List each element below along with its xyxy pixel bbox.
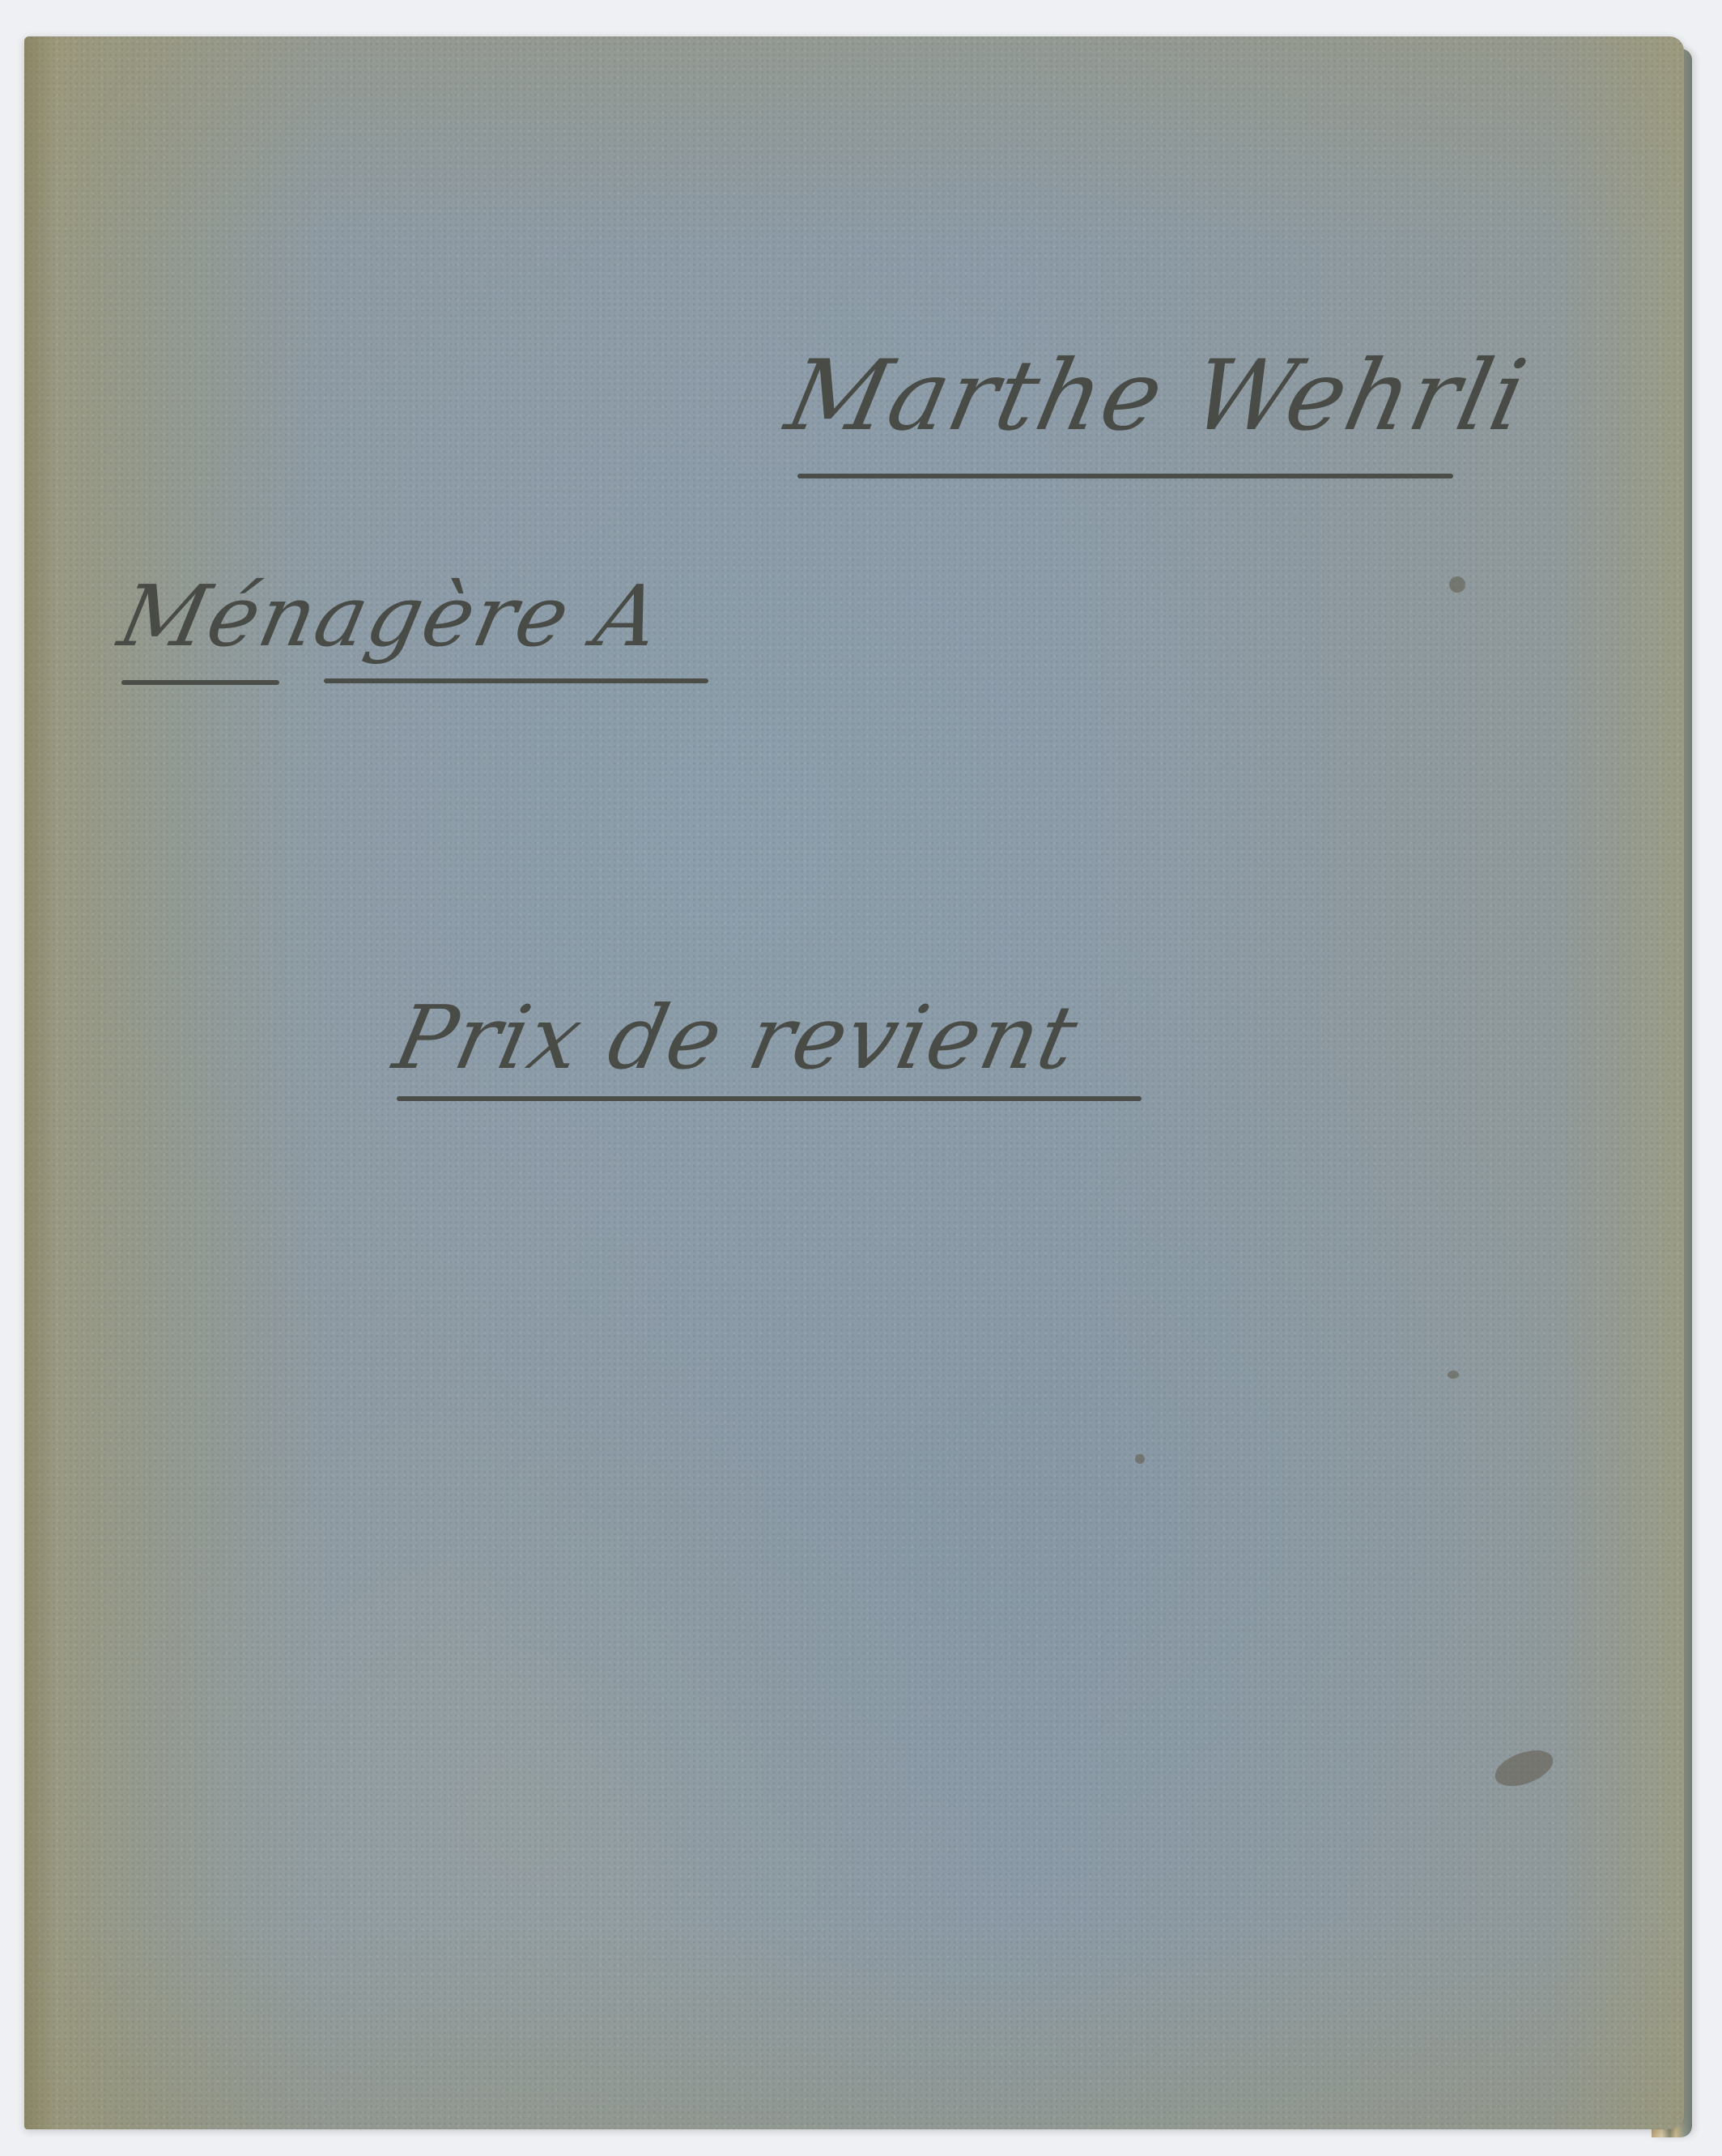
cover-spine-shadow bbox=[24, 36, 57, 2129]
subject-title-underline bbox=[397, 1096, 1142, 1101]
small-spot bbox=[1448, 1371, 1459, 1379]
subject-title: Prix de revient bbox=[386, 988, 1087, 1089]
owner-name: Marthe Wehrli bbox=[777, 340, 1537, 453]
class-label: Ménagère A bbox=[111, 567, 670, 666]
small-spot bbox=[1135, 1454, 1145, 1464]
owner-name-underline bbox=[797, 474, 1453, 478]
class-label-underline-left bbox=[121, 680, 279, 685]
ink-spot bbox=[1449, 576, 1465, 593]
class-label-underline-right bbox=[324, 678, 708, 683]
